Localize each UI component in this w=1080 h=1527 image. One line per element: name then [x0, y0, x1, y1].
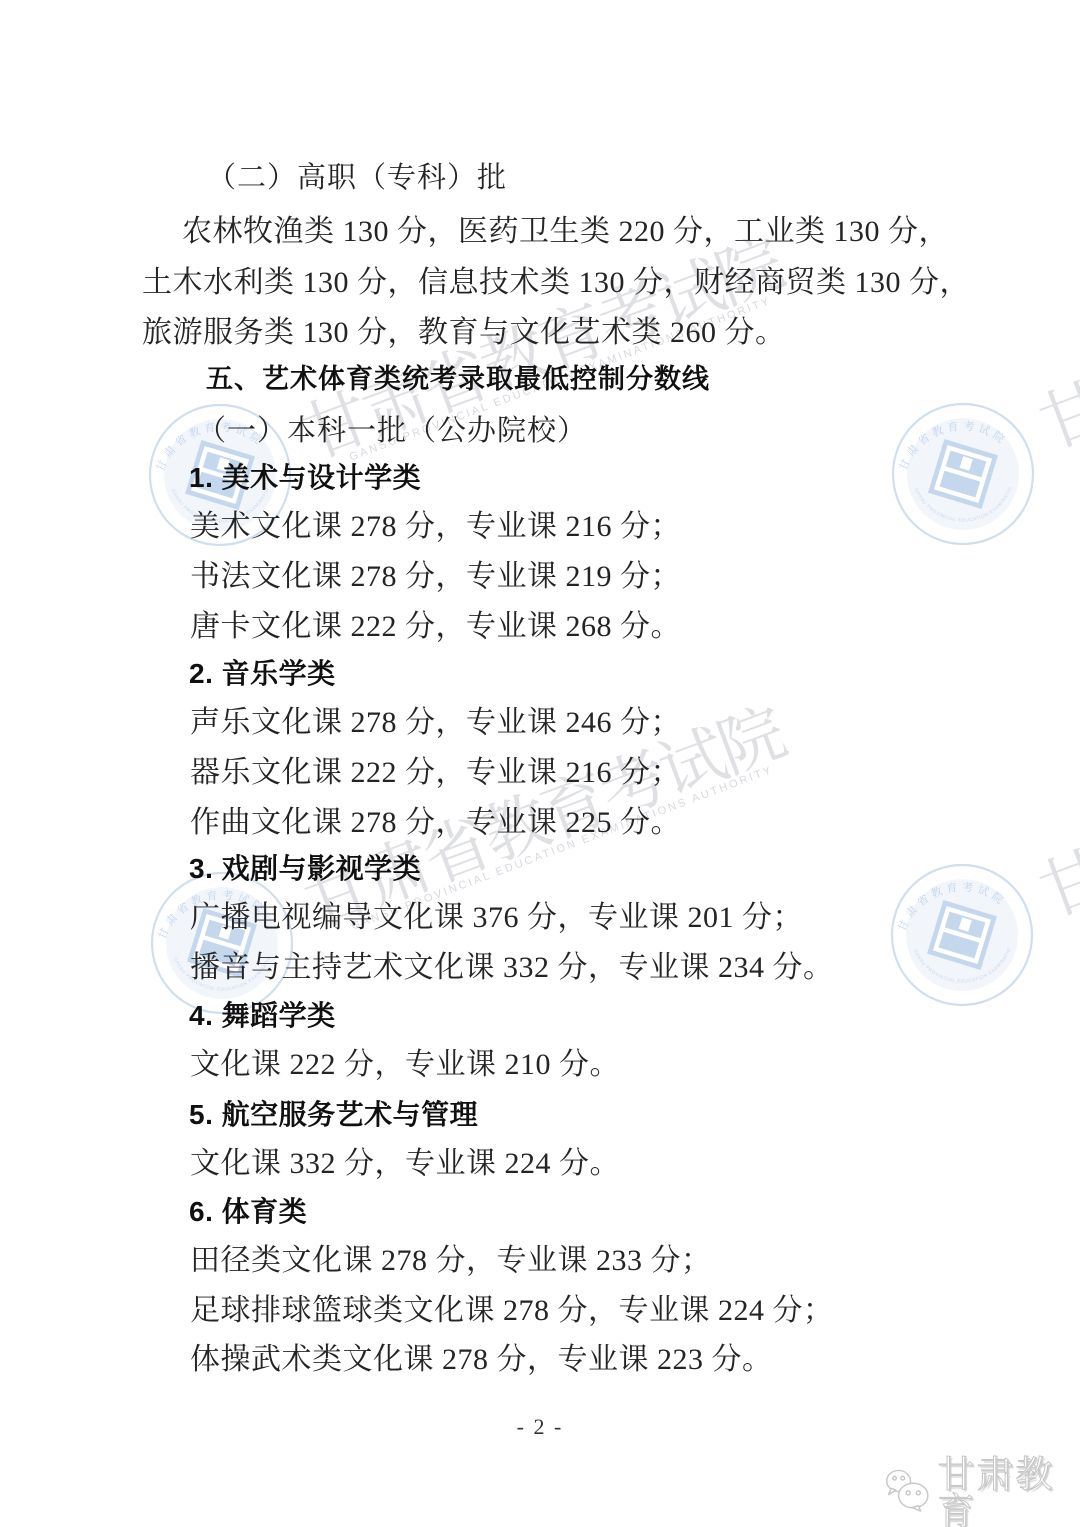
footer-brand: 甘肃教育	[884, 1452, 1080, 1527]
wechat-logo-icon	[884, 1466, 932, 1516]
footer-account-name: 甘肃教育	[938, 1456, 1080, 1527]
document-page: { "document": { "lines": [ {"text": "（二）…	[0, 0, 1080, 1527]
footer: 甘肃教育	[0, 0, 1080, 1527]
